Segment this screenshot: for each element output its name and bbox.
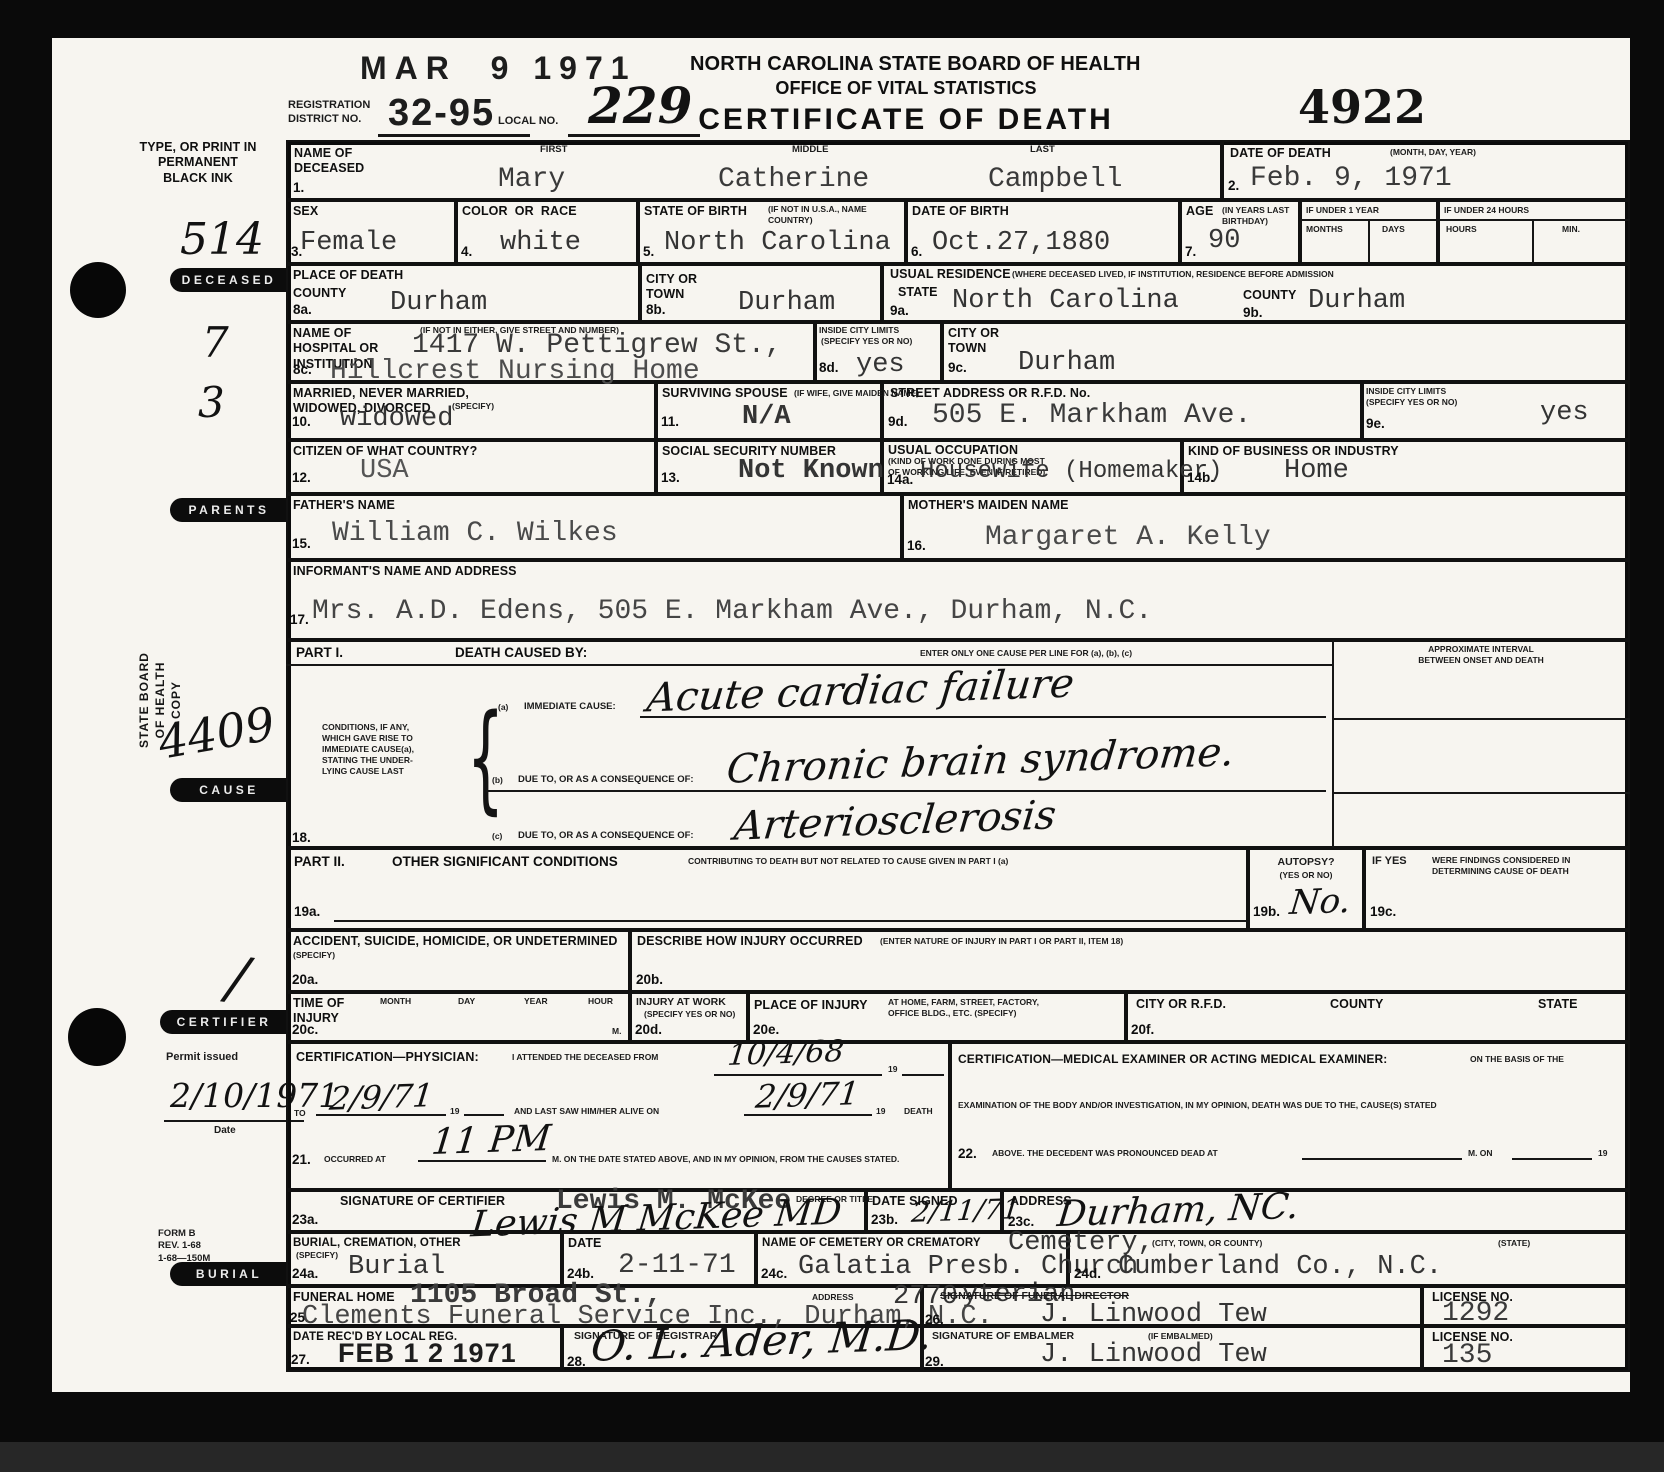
race-value: white xyxy=(500,228,581,258)
cert-physician-attended: I ATTENDED THE DECEASED FROM xyxy=(512,1052,658,1063)
birth-date-num: 6. xyxy=(911,244,922,259)
under-year-divider xyxy=(1368,221,1370,264)
scan-noise-strip xyxy=(0,1442,1664,1472)
pod-city-num: 8b. xyxy=(646,302,666,317)
registration-district-value: 32-95 xyxy=(388,92,495,135)
cert-examiner-basis: ON THE BASIS OF THE xyxy=(1470,1054,1564,1065)
marital-value: widowed xyxy=(340,404,453,434)
citizen-value: USA xyxy=(360,456,409,486)
cert-physician-title: CERTIFICATION—PHYSICIAN: xyxy=(296,1050,479,1065)
cause-b-line xyxy=(486,790,1326,792)
registration-line xyxy=(378,134,530,137)
autopsy-sub: (YES OR NO) xyxy=(1258,870,1354,881)
pod-group-label: PLACE OF DEATH xyxy=(293,268,403,283)
date-signed-value: 2/11/71 xyxy=(910,1192,1022,1229)
scan-border-right xyxy=(1630,0,1664,1472)
disposition-label: BURIAL, CREMATION, OTHER xyxy=(293,1236,461,1250)
injury-work-label: INJURY AT WORK xyxy=(636,996,726,1010)
occupation-value: Housewife (Homemaker) xyxy=(920,458,1222,485)
residence-city-value: Durham xyxy=(1018,348,1115,378)
occupation-num: 14a. xyxy=(887,472,913,487)
race-num: 4. xyxy=(461,244,472,259)
under-year-col-days: DAYS xyxy=(1382,224,1405,235)
cert-alive-yr: 19 xyxy=(876,1106,885,1117)
injury-how-label: DESCRIBE HOW INJURY OCCURRED xyxy=(637,934,863,949)
part1-note: ENTER ONLY ONE CAUSE PER LINE FOR (a), (… xyxy=(920,648,1132,659)
race-label: COLOR OR RACE xyxy=(462,204,577,219)
age-label: AGE xyxy=(1186,204,1213,219)
punch-hole-bottom xyxy=(68,1008,126,1066)
cause-a-line xyxy=(640,716,1326,718)
death-date-sub: (MONTH, DAY, YEAR) xyxy=(1390,147,1476,158)
sex-label: SEX xyxy=(293,204,318,219)
part2-heading: OTHER SIGNIFICANT CONDITIONS xyxy=(392,854,618,869)
part1-heading: DEATH CAUSED BY: xyxy=(455,645,587,660)
cemetery-loc-value: Cumberland Co., N.C. xyxy=(1118,1252,1442,1282)
funeral-director-value: J. Linwood Tew xyxy=(1040,1300,1267,1330)
injury-time-suffix: M. xyxy=(612,1026,621,1037)
cert-examiner-title: CERTIFICATION—MEDICAL EXAMINER OR ACTING… xyxy=(958,1052,1387,1067)
pod-icl-label: INSIDE CITY LIMITS xyxy=(819,325,899,336)
pod-county-num: 8a. xyxy=(293,302,312,317)
pod-county-value: Durham xyxy=(390,288,487,318)
name-num: 1. xyxy=(293,180,304,195)
scan-border-left xyxy=(0,0,52,1472)
permit-date-line xyxy=(164,1120,304,1122)
cert-physician-tail: M. ON THE DATE STATED ABOVE, AND IN MY O… xyxy=(552,1154,899,1165)
res-icl-label: INSIDE CITY LIMITS xyxy=(1366,386,1446,397)
street-num: 9d. xyxy=(888,414,908,429)
part2-note: CONTRIBUTING TO DEATH BUT NOT RELATED TO… xyxy=(688,856,1008,867)
punch-hole-top xyxy=(70,262,126,318)
industry-num: 14b. xyxy=(1187,470,1214,485)
form-reference: FORM B REV. 1-68 1-68—150M xyxy=(158,1228,210,1265)
registration-district-label: REGISTRATION DISTRICT NO. xyxy=(288,98,370,127)
cert-occurred-label: OCCURRED AT xyxy=(324,1154,386,1165)
tab-cause: CAUSE xyxy=(170,778,288,802)
interval-line-a xyxy=(1332,718,1630,720)
residence-city-label: CITY OR TOWN xyxy=(948,326,999,357)
autopsy-label: AUTOPSY? xyxy=(1258,856,1354,870)
pod-icl-value: yes xyxy=(856,350,905,380)
informant-label: INFORMANT'S NAME AND ADDRESS xyxy=(293,564,517,579)
margin-handwritten-514: 514 xyxy=(180,214,264,265)
part1-title: PART I. xyxy=(296,645,343,660)
cert-examiner-line2: EXAMINATION OF THE BODY AND/OR INVESTIGA… xyxy=(958,1100,1437,1111)
residence-state-num: 9a. xyxy=(890,303,909,318)
pod-city-value: Durham xyxy=(738,288,835,318)
pod-icl-num: 8d. xyxy=(819,360,839,375)
cert-to-yr: 19 xyxy=(450,1106,459,1117)
birth-state-num: 5. xyxy=(643,244,654,259)
hospital-value-name: Hillcrest Nursing Home xyxy=(330,356,700,387)
injury-work-num: 20d. xyxy=(635,1022,662,1037)
tab-burial: BURIAL xyxy=(170,1262,288,1286)
accident-sub: (SPECIFY) xyxy=(293,950,335,961)
tab-deceased: DECEASED xyxy=(170,268,288,292)
marital-sub: (SPECIFY) xyxy=(452,401,494,412)
cemetery-loc-num: 24d. xyxy=(1074,1266,1101,1281)
autopsy-value: No. xyxy=(1288,881,1353,923)
father-label: FATHER'S NAME xyxy=(293,498,395,513)
part1-interval-divider xyxy=(1332,640,1334,848)
pod-icl-sub: (SPECIFY YES OR NO) xyxy=(821,336,912,347)
tab-certifier: CERTIFIER xyxy=(160,1010,288,1034)
copy-designation: STATE BOARD OF HEALTH COPY xyxy=(136,600,190,800)
name-col-last: LAST xyxy=(1030,144,1055,156)
examiner-m-on: M. ON xyxy=(1468,1148,1493,1159)
injury-loc-col-county: COUNTY xyxy=(1330,997,1383,1012)
residence-group-sub: (WHERE DECEASED LIVED, IF INSTITUTION, R… xyxy=(1012,269,1334,280)
local-no-label: LOCAL NO. xyxy=(498,114,558,128)
disposition-num: 24a. xyxy=(292,1266,318,1281)
cert-attended-from-value: 10/4/68 xyxy=(726,1034,846,1073)
examiner-yr: 19 xyxy=(1598,1148,1607,1159)
local-no-value: 229 xyxy=(588,76,692,135)
street-label: STREET ADDRESS OR R.F.D. No. xyxy=(890,386,1090,401)
conditions-brace: { xyxy=(467,688,505,826)
birth-state-sub: (IF NOT IN U.S.A., NAME COUNTRY) xyxy=(768,204,867,226)
death-date-value: Feb. 9, 1971 xyxy=(1250,163,1452,194)
mother-label: MOTHER'S MAIDEN NAME xyxy=(908,498,1069,513)
street-value: 505 E. Markham Ave. xyxy=(932,400,1251,431)
cert-from-yr: 19 xyxy=(888,1064,897,1075)
under-day-col-min: MIN. xyxy=(1562,224,1580,235)
birth-state-value: North Carolina xyxy=(664,228,891,258)
disposition-date-value: 2-11-71 xyxy=(618,1250,736,1281)
injury-time-col-month: MONTH xyxy=(380,996,411,1007)
ink-instruction: TYPE, OR PRINT IN PERMANENT BLACK INK xyxy=(118,140,278,186)
injury-loc-col-city: CITY OR R.F.D. xyxy=(1136,997,1226,1012)
margin-handwritten-3: 3 xyxy=(198,378,225,427)
accident-label: ACCIDENT, SUICIDE, HOMICIDE, OR UNDETERM… xyxy=(293,934,618,949)
embalmer-license-value: 135 xyxy=(1442,1340,1492,1371)
res-icl-value: yes xyxy=(1540,398,1589,428)
residence-county-num: 9b. xyxy=(1243,305,1263,320)
injury-time-col-hour: HOUR xyxy=(588,996,613,1007)
injury-how-num: 20b. xyxy=(636,972,663,987)
permit-issued-label: Permit issued xyxy=(166,1050,238,1064)
under-day-col-hours: HOURS xyxy=(1446,224,1477,235)
injury-time-col-year: YEAR xyxy=(524,996,548,1007)
father-num: 15. xyxy=(292,536,311,551)
cause-c-tag: (c) xyxy=(492,831,502,842)
embalmer-value: J. Linwood Tew xyxy=(1040,1340,1267,1370)
cert-address-num: 23c. xyxy=(1008,1214,1034,1229)
injury-loc-num: 20f. xyxy=(1131,1022,1154,1037)
death-date-label: DATE OF DEATH xyxy=(1230,146,1331,161)
local-no-line xyxy=(568,134,700,137)
residence-county-value: Durham xyxy=(1308,286,1405,316)
part1-conditions-note: CONDITIONS, IF ANY, WHICH GAVE RISE TO I… xyxy=(322,722,414,777)
part2-num: 19a. xyxy=(294,904,320,919)
embalmer-num: 29. xyxy=(925,1354,944,1369)
cert-hour-value: 11 PM xyxy=(430,1118,553,1163)
name-label: NAME OF DECEASED xyxy=(294,146,364,177)
registrar-num: 28. xyxy=(567,1354,586,1369)
examiner-date-line xyxy=(1512,1158,1592,1160)
director-license-value: 1292 xyxy=(1442,1298,1509,1329)
part1-num: 18. xyxy=(292,830,311,845)
part2-line xyxy=(334,920,1246,922)
birth-date-label: DATE OF BIRTH xyxy=(912,204,1009,219)
cause-c-label: DUE TO, OR AS A CONSEQUENCE OF: xyxy=(518,830,694,842)
residence-group-label: USUAL RESIDENCE xyxy=(890,267,1011,282)
injury-place-sub: AT HOME, FARM, STREET, FACTORY, OFFICE B… xyxy=(888,997,1039,1019)
cert-to-label: TO xyxy=(294,1108,306,1119)
residence-state-value: North Carolina xyxy=(952,286,1179,316)
name-col-middle: MIDDLE xyxy=(792,144,828,156)
residence-state-label: STATE xyxy=(898,285,938,300)
cemetery-label: NAME OF CEMETERY OR CREMATORY xyxy=(762,1236,981,1250)
mother-num: 16. xyxy=(907,538,926,553)
injury-how-sub: (ENTER NATURE OF INJURY IN PART I OR PAR… xyxy=(880,936,1123,947)
cemetery-loc-sub-city: (CITY, TOWN, OR COUNTY) xyxy=(1152,1238,1262,1249)
residence-county-label: COUNTY xyxy=(1243,288,1296,303)
spouse-value: N/A xyxy=(742,402,791,432)
cause-a-label: IMMEDIATE CAUSE: xyxy=(524,701,616,713)
part1-header-line xyxy=(286,664,1332,666)
cert-alive-line xyxy=(744,1114,872,1116)
injury-loc-col-state: STATE xyxy=(1538,997,1578,1012)
residence-city-num: 9c. xyxy=(948,360,967,375)
under-day-divider xyxy=(1532,221,1534,264)
examiner-dead-line xyxy=(1302,1158,1462,1160)
date-signed-num: 23b. xyxy=(871,1212,898,1227)
date-received-stamp: FEB 1 2 1971 xyxy=(338,1338,517,1369)
name-middle-value: Catherine xyxy=(718,164,869,195)
under-day-label: IF UNDER 24 HOURS xyxy=(1444,205,1529,216)
injury-time-col-day: DAY xyxy=(458,996,475,1007)
cert-alive-value: 2/9/71 xyxy=(754,1074,861,1116)
findings-label: IF YES xyxy=(1372,854,1407,868)
certifier-num: 23a. xyxy=(292,1212,318,1227)
cert-to-value: 2/9/71 xyxy=(328,1076,435,1118)
name-first-value: Mary xyxy=(498,164,565,195)
pod-county-label: COUNTY xyxy=(293,286,346,301)
cert-last-saw: AND LAST SAW HIM/HER ALIVE ON xyxy=(514,1106,659,1117)
injury-place-num: 20e. xyxy=(753,1022,779,1037)
cause-b-label: DUE TO, OR AS A CONSEQUENCE OF: xyxy=(518,774,694,786)
cert-physician-num: 21. xyxy=(292,1152,311,1167)
marital-num: 10. xyxy=(292,414,311,429)
injury-place-label: PLACE OF INJURY xyxy=(754,998,868,1013)
findings-num: 19c. xyxy=(1370,904,1396,919)
office-name: OFFICE OF VITAL STATISTICS xyxy=(690,78,1122,100)
under-day-line xyxy=(1438,219,1630,221)
name-last-value: Campbell xyxy=(988,164,1122,195)
part1-interval-label: APPROXIMATE INTERVAL BETWEEN ONSET AND D… xyxy=(1350,644,1612,666)
age-value: 90 xyxy=(1208,226,1240,256)
tab-parents: PARENTS xyxy=(170,498,288,522)
under-year-label: IF UNDER 1 YEAR xyxy=(1306,205,1379,216)
scan-border-top xyxy=(0,0,1664,38)
date-received-num: 27. xyxy=(291,1352,310,1367)
certificate-title: CERTIFICATE OF DEATH xyxy=(684,102,1128,139)
disposition-date-label: DATE xyxy=(568,1236,602,1251)
ssn-num: 13. xyxy=(661,470,680,485)
cert-examiner-num: 22. xyxy=(958,1146,977,1161)
pod-city-label: CITY OR TOWN xyxy=(646,272,697,303)
ssn-value: Not Known xyxy=(738,456,884,486)
under-year-col-months: MONTHS xyxy=(1306,224,1343,235)
disposition-sub: (SPECIFY) xyxy=(296,1250,338,1261)
accident-num: 20a. xyxy=(292,972,318,987)
cemetery-loc-sub-state: (STATE) xyxy=(1498,1238,1530,1249)
cert-to-yr-line xyxy=(464,1114,504,1116)
spouse-label: SURVIVING SPOUSE xyxy=(662,386,788,401)
cert-death-label: DEATH xyxy=(904,1106,933,1117)
death-date-num: 2. xyxy=(1228,178,1239,193)
age-sub: (IN YEARS LAST BIRTHDAY) xyxy=(1222,205,1289,227)
autopsy-num: 19b. xyxy=(1253,904,1280,919)
birth-date-value: Oct.27,1880 xyxy=(932,228,1110,258)
board-name: NORTH CAROLINA STATE BOARD OF HEALTH xyxy=(690,52,1122,76)
mother-value: Margaret A. Kelly xyxy=(985,522,1271,553)
cemetery-num: 24c. xyxy=(761,1266,787,1281)
cert-to-line xyxy=(316,1114,446,1116)
father-value: William C. Wilkes xyxy=(332,518,618,549)
cert-hour-line xyxy=(418,1160,546,1162)
citizen-num: 12. xyxy=(292,470,311,485)
injury-time-num: 20c. xyxy=(292,1022,318,1037)
part2-title: PART II. xyxy=(294,854,345,869)
interval-line-b xyxy=(1332,792,1630,794)
spouse-num: 11. xyxy=(661,414,679,429)
informant-value: Mrs. A.D. Edens, 505 E. Markham Ave., Du… xyxy=(312,596,1152,627)
permit-date-label: Date xyxy=(214,1124,236,1137)
certificate-number: 4922 xyxy=(1298,80,1426,134)
cert-examiner-line3: ABOVE. THE DECEDENT WAS PRONOUNCED DEAD … xyxy=(992,1148,1218,1159)
age-num: 7. xyxy=(1185,244,1196,259)
res-icl-sub: (SPECIFY YES OR NO) xyxy=(1366,397,1457,408)
sex-value: Female xyxy=(300,228,397,258)
res-icl-num: 9e. xyxy=(1366,416,1385,431)
hospital-num: 8c. xyxy=(293,362,312,377)
injury-work-sub: (SPECIFY YES OR NO) xyxy=(644,1009,735,1020)
informant-num: 17. xyxy=(290,612,309,627)
cause-b-tag: (b) xyxy=(492,775,503,786)
disposition-date-num: 24b. xyxy=(567,1266,594,1281)
industry-value: Home xyxy=(1284,456,1349,486)
cert-from-yr-line xyxy=(902,1074,944,1076)
margin-handwritten-7: 7 xyxy=(202,318,229,367)
name-col-first: FIRST xyxy=(540,144,567,156)
birth-state-label: STATE OF BIRTH xyxy=(644,204,747,219)
findings-sub: WERE FINDINGS CONSIDERED IN DETERMINING … xyxy=(1432,855,1570,877)
disposition-value: Burial xyxy=(348,1252,445,1282)
